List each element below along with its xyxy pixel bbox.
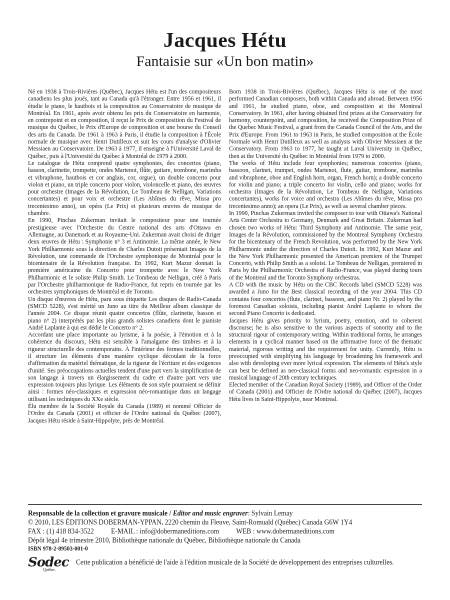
bio-fr-paragraph: Le catalogue de Hétu comprend quatre sym…: [28, 159, 221, 216]
composer-name: Jacques Hétu: [0, 28, 450, 52]
bio-en-paragraph: Jacques Hétu gives priority to lyrism, p…: [229, 317, 422, 381]
email-address: E-MAIL : info@dobermaneditions.com: [111, 528, 219, 536]
contact-line: FAX : (1) 418 834-3522E-MAIL : info@dobe…: [28, 527, 422, 536]
editor-name: : Sylvain Lemay: [248, 510, 293, 518]
sodec-credit-text: Cette publication a bénéficié de l'aide …: [76, 557, 422, 567]
work-title: Fantaisie sur «Un bon matin»: [0, 53, 450, 72]
sodec-logo: Sodec Québec: [28, 557, 76, 572]
isbn: ISBN 978-2-89503-001-0: [28, 545, 422, 553]
editor-label-english: Editor and music engraver: [173, 510, 248, 518]
bio-en-paragraph: In 1990, Pinchas Zukerman invited the co…: [229, 210, 422, 281]
biography-columns: Né en 1938 à Trois-Rivières (Québec), Ja…: [28, 88, 422, 496]
website-url: WEB : www.dobermaneditions.com: [236, 528, 334, 536]
score-notes-page: Jacques Hétu Fantaisie sur «Un bon matin…: [0, 0, 450, 600]
editor-credit-line: Responsable de la collection et gravure …: [28, 509, 422, 518]
sodec-logo-text: Sodec: [28, 557, 76, 568]
footer-divider: [28, 504, 422, 505]
bio-fr-paragraph: Un disque d'œuvres de Hétu, paru sous ét…: [28, 295, 221, 331]
bio-fr-paragraph: Élu membre de la Société Royale du Canad…: [28, 403, 221, 424]
fax-number: FAX : (1) 418 834-3522: [28, 528, 94, 536]
bio-en-paragraph: Elected member of the Canadian Royal Soc…: [229, 381, 422, 402]
bio-en-paragraph: Born 1938 in Trois-Rivières (Québec), Ja…: [229, 88, 422, 159]
bio-en-paragraph: The works of Hétu include four symphonie…: [229, 159, 422, 209]
copyright-line: © 2010, LES ÉDITIONS DOBERMAN-YPPAN, 222…: [28, 518, 422, 527]
bio-fr-paragraph: Accordant une place importante au lyrism…: [28, 331, 221, 402]
publisher-footer: Responsable de la collection et gravure …: [28, 509, 422, 595]
editor-label-french: Responsable de la collection et gravure …: [28, 510, 173, 518]
bio-en-paragraph: A CD with the music by Hétu on the CBC R…: [229, 281, 422, 317]
legal-deposit-line: Dépôt légal 4e trimestre 2010, Bibliothè…: [28, 536, 422, 545]
page-header: Jacques Hétu Fantaisie sur «Un bon matin…: [0, 28, 450, 72]
bio-fr-paragraph: En 1990, Pinchas Zukerman invitait le co…: [28, 217, 221, 296]
sodec-credit-row: Sodec Québec Cette publication a bénéfic…: [28, 557, 422, 572]
bio-fr-paragraph: Né en 1938 à Trois-Rivières (Québec), Ja…: [28, 88, 221, 159]
biography-french-column: Né en 1938 à Trois-Rivières (Québec), Ja…: [28, 88, 221, 424]
biography-english-column: Born 1938 in Trois-Rivières (Québec), Ja…: [229, 88, 422, 424]
